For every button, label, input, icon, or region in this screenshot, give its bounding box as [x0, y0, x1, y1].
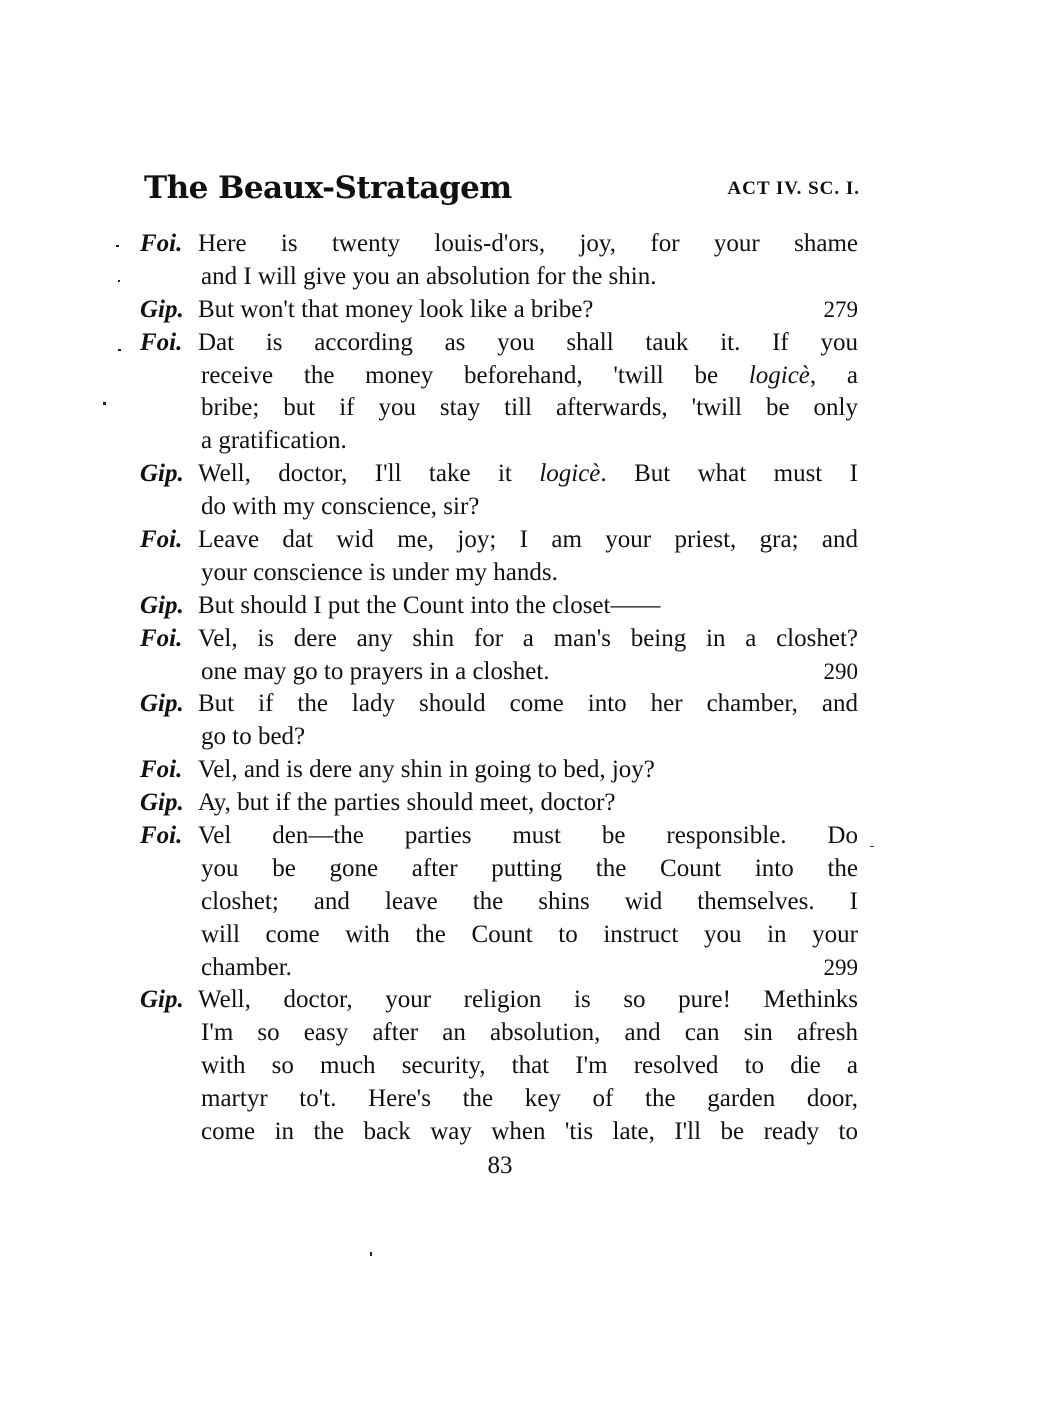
speech-line: receive the money beforehand, 'twill be … [140, 360, 858, 393]
dialogue-text: chamber. [201, 954, 292, 981]
dialogue-text: do with my conscience, sir? [201, 493, 479, 520]
line-number: 279 [824, 294, 859, 327]
speech-line: Foi.Vel, and is dere any shin in going t… [140, 754, 858, 787]
dialogue-text: Well, doctor, I'll take it [198, 460, 539, 487]
speech-line: Foi.Leave dat wid me, joy; I am your pri… [140, 524, 858, 557]
book-page: The Beaux-Stratagem ACT IV. SC. I. Foi.H… [0, 0, 1054, 1407]
speaker-name: Foi. [140, 524, 198, 557]
dialogue-text: your conscience is under my hands. [201, 559, 558, 586]
italic-term: logicè [749, 362, 810, 389]
speaker-name: Gip. [140, 458, 198, 491]
dialogue-text: martyr to't. Here's the key of the garde… [201, 1085, 858, 1112]
speech-line: Gip.But if the lady should come into her… [140, 688, 858, 721]
dialogue-text: come in the back way when 'tis late, I'l… [201, 1118, 858, 1145]
dialogue-text: bribe; but if you stay till afterwards, … [201, 394, 858, 421]
line-number: 290 [824, 656, 859, 689]
dialogue-text: But should I put the Count into the clos… [198, 592, 660, 619]
speaker-name: Foi. [140, 327, 198, 360]
scan-speck [103, 402, 106, 405]
dialogue-text: But won't that money look like a bribe? [198, 296, 593, 323]
act-scene-label: ACT IV. SC. I. [727, 174, 860, 204]
speaker-name: Gip. [140, 984, 198, 1017]
speech-line: martyr to't. Here's the key of the garde… [140, 1083, 858, 1116]
speech-line: do with my conscience, sir? [140, 491, 858, 524]
dialogue-text: I'm so easy after an absolution, and can… [201, 1019, 858, 1046]
dialogue-text: one may go to prayers in a closhet. [201, 658, 550, 685]
speech-line: with so much security, that I'm resolved… [140, 1050, 858, 1083]
speech-line: Gip.Well, doctor, your religion is so pu… [140, 984, 858, 1017]
play-text: Foi.Here is twenty louis-d'ors, joy, for… [140, 228, 858, 1149]
speech-line: closhet; and leave the shins wid themsel… [140, 886, 858, 919]
dialogue-text: . But what must I [600, 460, 858, 487]
speech-line: go to bed? [140, 721, 858, 754]
speech-line: will come with the Count to instruct you… [140, 919, 858, 952]
speaker-name: Foi. [140, 820, 198, 853]
speaker-name: Foi. [140, 228, 198, 261]
dialogue-text: Vel, is dere any shin for a man's being … [198, 625, 858, 652]
dialogue-text: Vel, and is dere any shin in going to be… [198, 756, 655, 783]
speech-line: and I will give you an absolution for th… [140, 261, 858, 294]
speech-line: come in the back way when 'tis late, I'l… [140, 1116, 858, 1149]
dialogue-text: Ay, but if the parties should meet, doct… [198, 789, 616, 816]
speech-line: one may go to prayers in a closhet.290 [140, 656, 858, 689]
speech-line: a gratification. [140, 425, 858, 458]
dialogue-text: closhet; and leave the shins wid themsel… [201, 888, 858, 915]
speech-line: I'm so easy after an absolution, and can… [140, 1017, 858, 1050]
dialogue-text: will come with the Count to instruct you… [201, 921, 858, 948]
dialogue-text: Vel den—the parties must be responsible.… [198, 822, 858, 849]
speech-line: your conscience is under my hands. [140, 557, 858, 590]
scan-speck [118, 280, 120, 282]
scan-speck [870, 846, 874, 847]
speaker-name: Gip. [140, 787, 198, 820]
running-head: The Beaux-Stratagem ACT IV. SC. I. [144, 168, 860, 208]
speech-line: Gip.Well, doctor, I'll take it logicè. B… [140, 458, 858, 491]
speech-line: Foi.Vel, is dere any shin for a man's be… [140, 623, 858, 656]
dialogue-text: Here is twenty louis-d'ors, joy, for you… [198, 230, 858, 257]
scan-speck [370, 1252, 372, 1256]
scan-speck [118, 349, 121, 351]
dialogue-text: Leave dat wid me, joy; I am your priest,… [198, 526, 858, 553]
dialogue-text: and I will give you an absolution for th… [201, 263, 656, 290]
dialogue-text: Well, doctor, your religion is so pure! … [198, 986, 858, 1013]
dialogue-text: you be gone after putting the Count into… [201, 855, 858, 882]
speech-line: you be gone after putting the Count into… [140, 853, 858, 886]
speaker-name: Gip. [140, 294, 198, 327]
speech-line: Foi.Vel den—the parties must be responsi… [140, 820, 858, 853]
page-number: 83 [0, 1150, 1000, 1182]
book-title: The Beaux-Stratagem [144, 168, 512, 208]
dialogue-text: Dat is according as you shall tauk it. I… [198, 329, 858, 356]
dialogue-text: with so much security, that I'm resolved… [201, 1052, 858, 1079]
dialogue-text: But if the lady should come into her cha… [198, 690, 858, 717]
speech-line: Foi.Dat is according as you shall tauk i… [140, 327, 858, 360]
speaker-name: Gip. [140, 590, 198, 623]
speech-line: bribe; but if you stay till afterwards, … [140, 392, 858, 425]
scan-speck [116, 245, 119, 247]
speaker-name: Foi. [140, 623, 198, 656]
dialogue-text: , a [810, 362, 858, 389]
speech-line: chamber.299 [140, 952, 858, 985]
dialogue-text: go to bed? [201, 723, 305, 750]
line-number: 299 [824, 952, 859, 985]
dialogue-text: receive the money beforehand, 'twill be [201, 362, 749, 389]
italic-term: logicè [539, 460, 600, 487]
speaker-name: Foi. [140, 754, 198, 787]
speech-line: Foi.Here is twenty louis-d'ors, joy, for… [140, 228, 858, 261]
speech-line: Gip.But should I put the Count into the … [140, 590, 858, 623]
speech-line: Gip.But won't that money look like a bri… [140, 294, 858, 327]
speech-line: Gip.Ay, but if the parties should meet, … [140, 787, 858, 820]
dialogue-text: a gratification. [201, 427, 347, 454]
speaker-name: Gip. [140, 688, 198, 721]
